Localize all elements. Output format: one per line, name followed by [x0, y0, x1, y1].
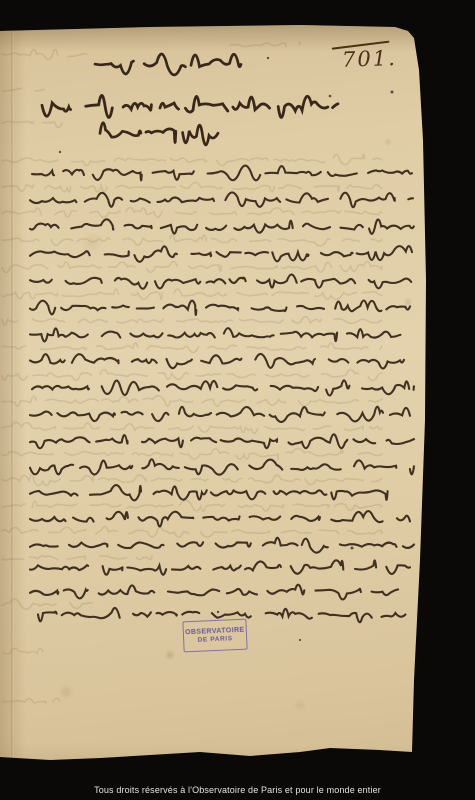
- handwriting-layer: [0, 0, 475, 800]
- bleedthrough-line: [2, 396, 382, 407]
- bleedthrough-line: [2, 648, 43, 654]
- bleedthrough-line: [2, 88, 44, 91]
- handwritten-body-line: [30, 219, 414, 234]
- handwritten-body-line: [30, 301, 410, 315]
- bleedthrough-line: [2, 422, 382, 433]
- handwritten-body-line: [32, 166, 412, 181]
- ink-speck: [329, 95, 332, 98]
- handwritten-body-line: [30, 485, 388, 500]
- handwritten-heading-line: [95, 54, 241, 75]
- handwritten-body-line: [30, 585, 398, 600]
- handwritten-body-line: [30, 274, 411, 288]
- handwritten-body-line: [30, 538, 414, 553]
- handwritten-body-line: [30, 354, 404, 369]
- bleedthrough-line: [2, 262, 382, 273]
- ink-speck: [59, 151, 61, 153]
- ink-speck: [351, 547, 354, 550]
- handwritten-body-line: [30, 192, 413, 207]
- ink-speck: [299, 639, 301, 641]
- stamp-line-2: DE PARIS: [198, 635, 233, 645]
- bleedthrough-line: [2, 182, 382, 192]
- folio-number: 701.: [330, 43, 403, 73]
- bleedthrough-line: [2, 526, 382, 537]
- handwritten-body-line: [30, 560, 410, 574]
- bleedthrough-line: [230, 43, 300, 47]
- bleedthrough-line: [2, 317, 382, 325]
- observatory-stamp: OBSERVATOIRE DE PARIS: [182, 619, 247, 653]
- manuscript-scan: 701. OBSERVATOIRE DE PARIS Tous droits r…: [0, 0, 475, 800]
- bleedthrough-line: [2, 698, 60, 703]
- bleedthrough-line: [2, 289, 382, 299]
- manuscript-page: 701. OBSERVATOIRE DE PARIS: [0, 0, 475, 800]
- handwritten-body-line: [32, 380, 414, 395]
- ink-speck: [391, 91, 394, 94]
- bleedthrough-line: [2, 475, 382, 486]
- handwritten-body-line: [30, 459, 414, 474]
- handwritten-body-line: [30, 328, 400, 341]
- bleedthrough-line: [2, 370, 382, 381]
- bleedthrough-line: [2, 207, 382, 217]
- ink-speck: [217, 611, 219, 613]
- bleedthrough-line: [2, 154, 382, 165]
- bleedthrough-line: [2, 556, 152, 560]
- copyright-caption: Tous droits réservés à l'Observatoire de…: [0, 785, 475, 795]
- handwritten-body-line: [30, 407, 410, 422]
- bleedthrough-line: [2, 500, 382, 511]
- bleedthrough-line: [2, 49, 87, 59]
- handwritten-body-line: [30, 434, 414, 448]
- handwritten-heading-line: [100, 123, 218, 145]
- handwritten-body-line: [30, 246, 412, 262]
- handwritten-body-line: [30, 511, 410, 526]
- ink-speck: [267, 57, 269, 59]
- bleedthrough-line: [2, 599, 92, 609]
- handwritten-heading-line: [42, 95, 338, 117]
- bleedthrough-line: [2, 448, 382, 459]
- bleedthrough-line: [2, 121, 62, 127]
- folio-number-text: 701.: [330, 46, 403, 72]
- bleedthrough-line: [2, 343, 382, 353]
- bleedthrough-line: [2, 235, 382, 246]
